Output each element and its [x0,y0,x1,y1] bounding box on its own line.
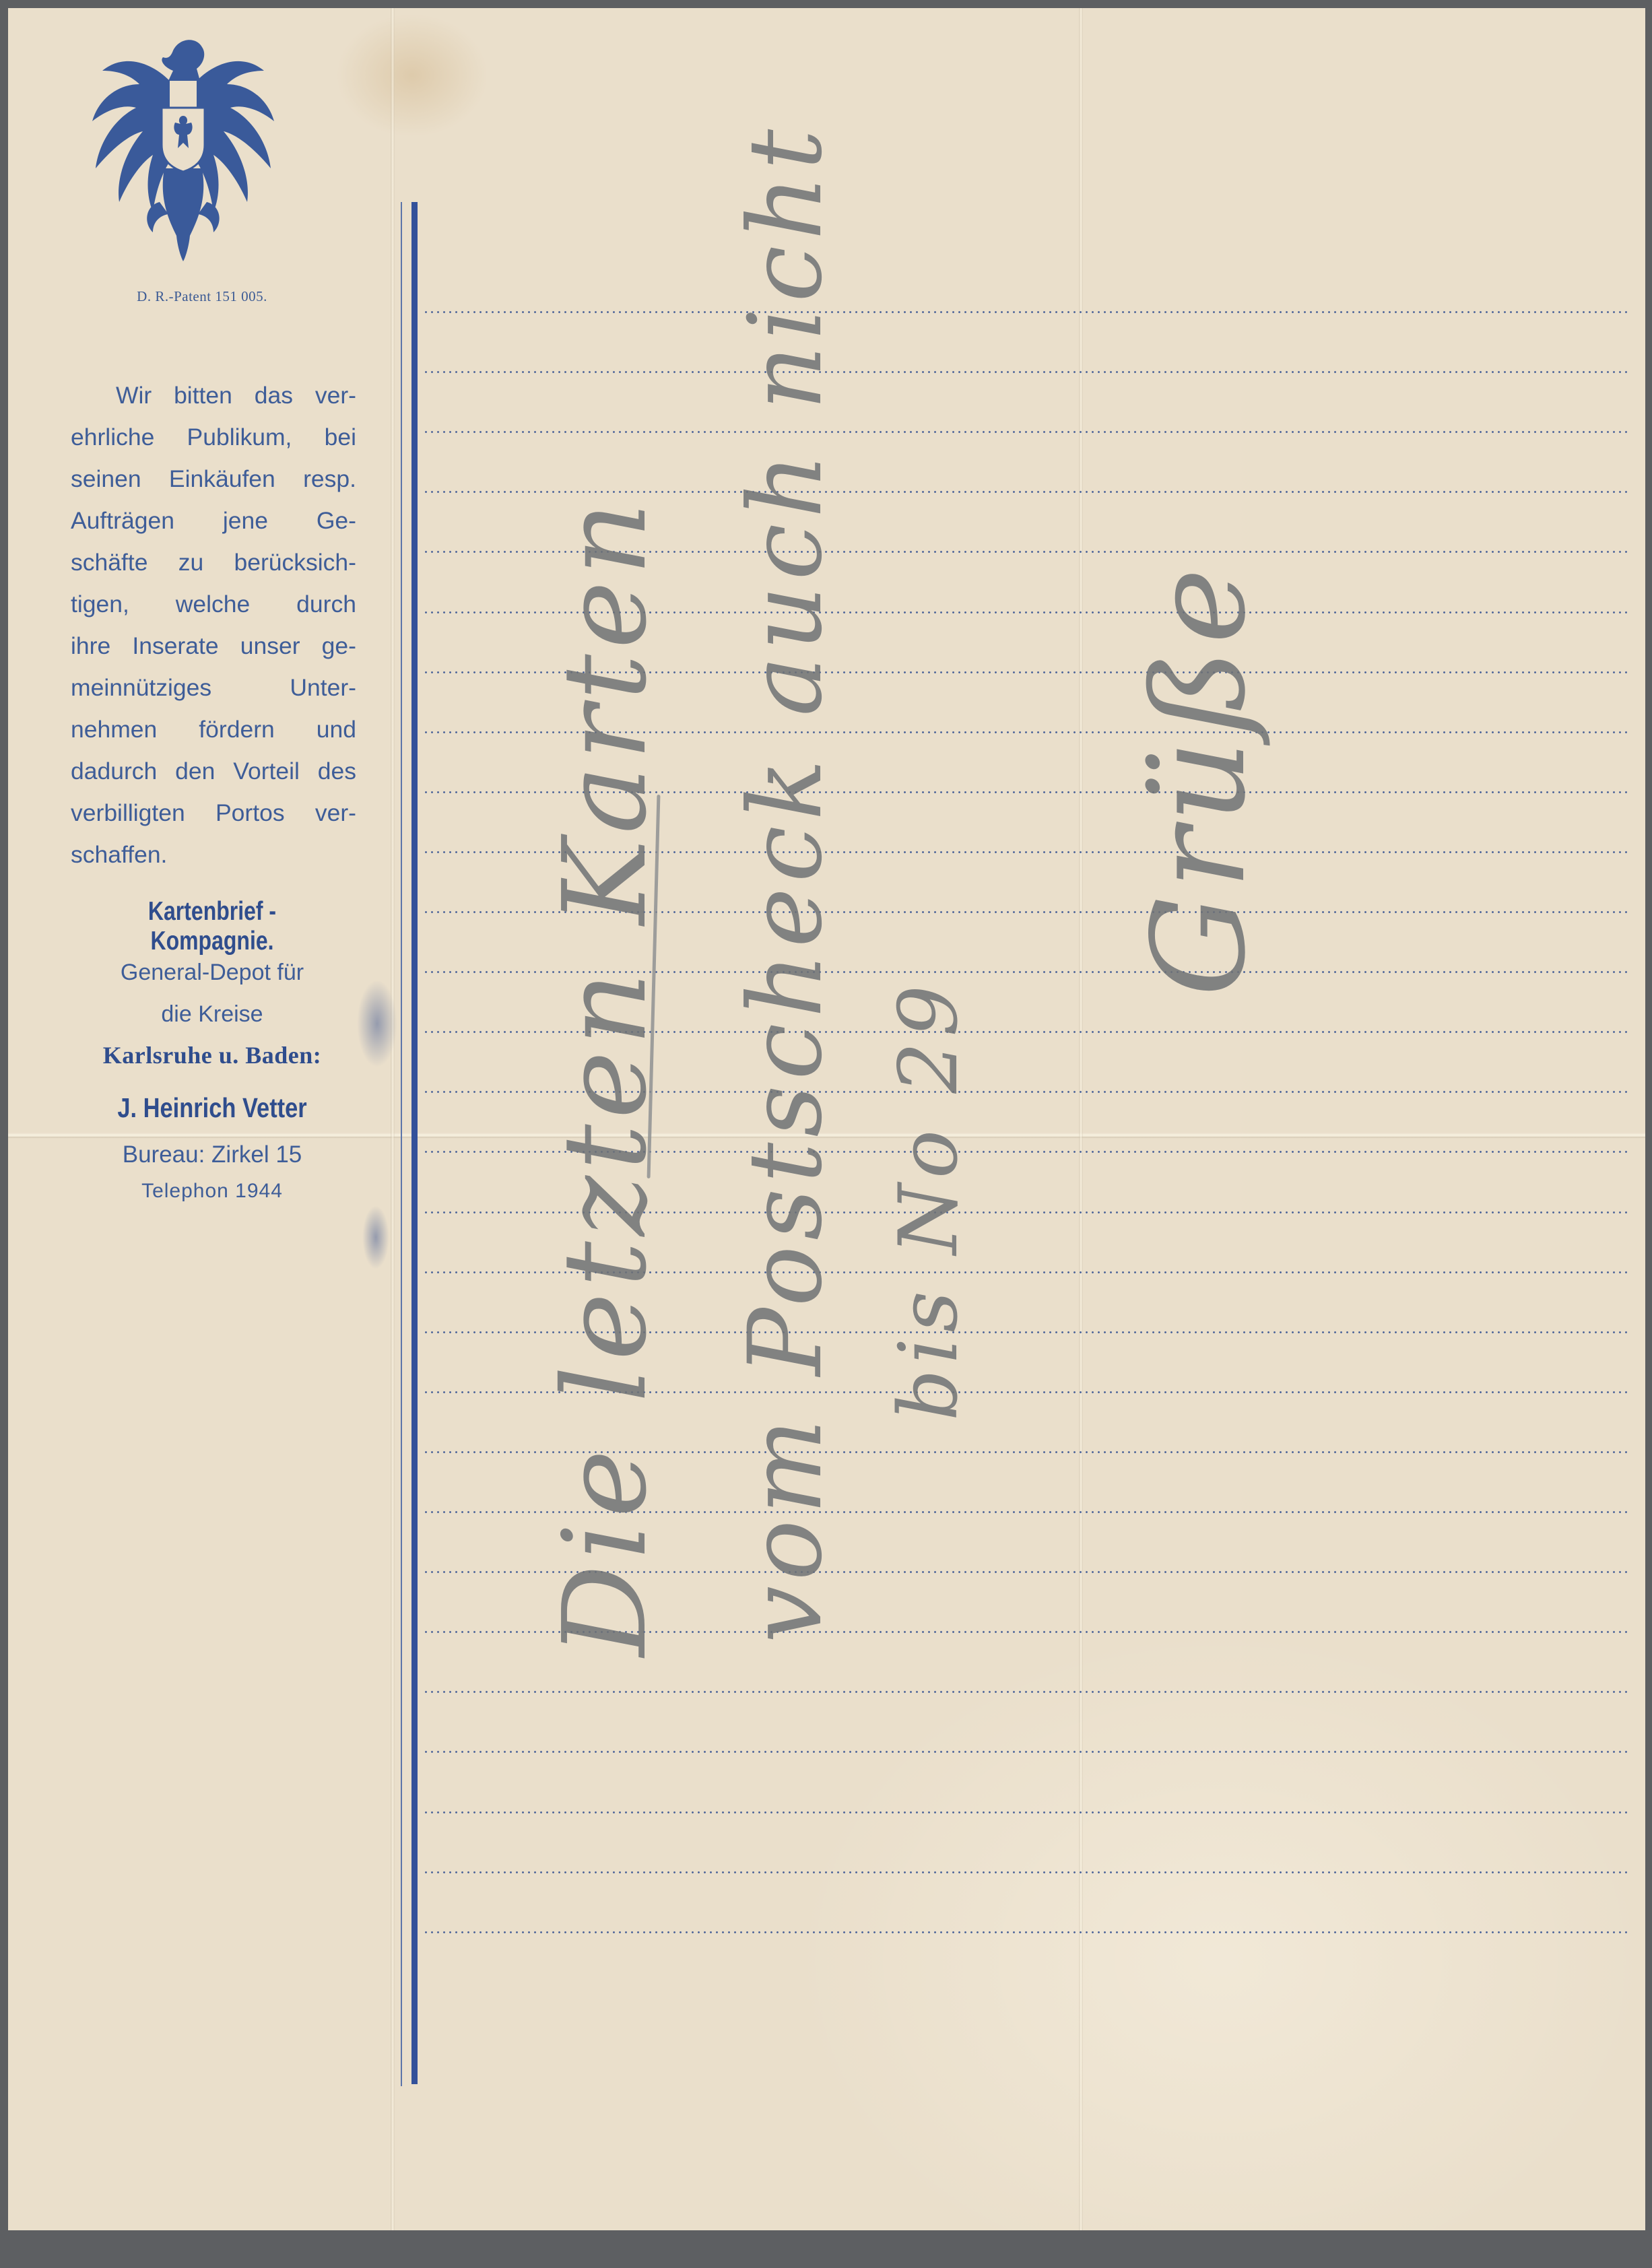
margin-rule-thick [411,202,418,2084]
ruled-line [423,491,1628,493]
notice-line: verbilligten Portos ver- [71,792,356,834]
patent-number: D. R.-Patent 151 005. [67,288,337,305]
vertical-fold-left [391,8,395,2230]
ruled-line [423,1811,1628,1813]
ruled-line [423,1931,1628,1933]
notice-line: Aufträgen jene Ge- [71,500,356,541]
ink-smudge [357,980,397,1067]
notice-line: ihre Inserate unser ge- [71,625,356,667]
ruled-line [423,431,1628,433]
company-title: Kartenbrief - Kompagnie. [91,897,334,956]
ruled-line [423,371,1628,373]
notice-line: tigen, welche durch [71,583,356,625]
ruled-line [423,1691,1628,1693]
notice-line: nehmen fördern und [71,708,356,750]
depot-line-2: die Kreise [64,1001,360,1028]
handwritten-signature: Grüße [1125,563,1274,997]
ruled-line [423,311,1628,313]
handwriting-line-2: vom Postscheck auch nicht [727,124,845,1643]
notice-line: schäfte zu berücksich- [71,541,356,583]
notice-line: schaffen. [71,834,356,875]
notice-line: seinen Einkäufen resp. [71,458,356,500]
notice-line: dadurch den Vorteil des [71,750,356,792]
depot-line-1: General-Depot für [64,960,360,986]
ink-smudge [362,1205,389,1269]
telephone-number: Telephon 1944 [64,1180,360,1203]
advertising-notice: Wir bitten das ver- ehrliche Publikum, b… [71,374,356,875]
ruled-line [423,1871,1628,1873]
bureau-address: Bureau: Zirkel 15 [64,1141,360,1168]
vertical-fold-right [1079,8,1083,2230]
notice-line: ehrliche Publikum, bei [71,416,356,458]
ruled-line [423,1751,1628,1753]
imperial-eagle-icon [89,34,277,263]
notice-line: Wir bitten das ver- [71,374,356,416]
notice-line: meinnütziges Unter- [71,667,356,708]
margin-rule-thin [401,202,402,2086]
depot-city: Karlsruhe u. Baden: [64,1041,360,1069]
handwriting-line-3: bis No 29 [882,980,976,1421]
agent-name: J. Heinrich Vetter [88,1092,337,1124]
